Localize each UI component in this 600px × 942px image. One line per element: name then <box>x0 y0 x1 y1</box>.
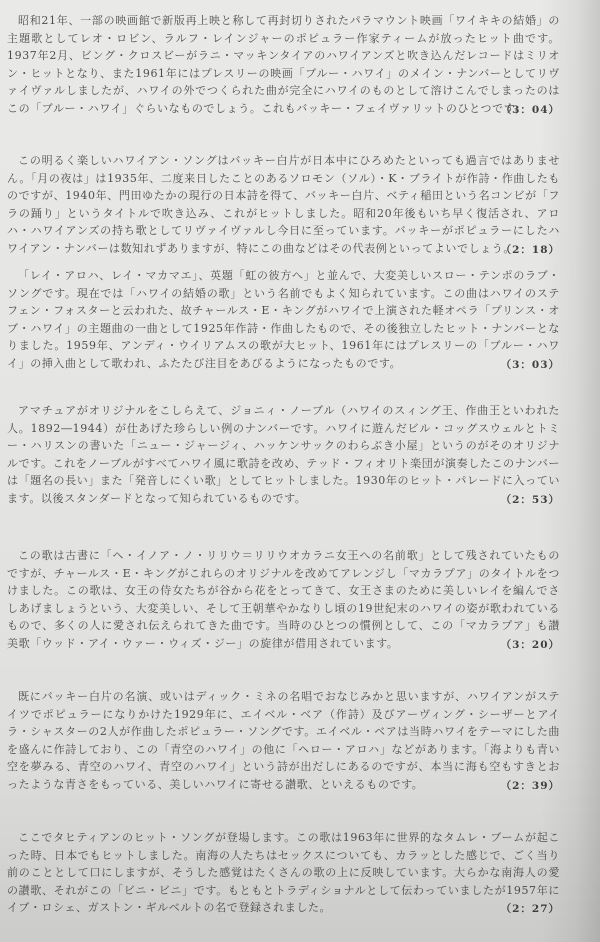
song-entry-3: 「レイ・アロハ、レイ・マカマエ」、英題「虹の彼方へ」と並んで、大変美しいスロー・… <box>7 267 560 373</box>
song-description: 昭和21年、一部の映画館で新版再上映と称して再封切りされたパラマウント映画「ワイ… <box>7 12 560 118</box>
song-entry-5: この歌は古書に「ヘ・イノア・ノ・リリウ＝リリウオカラニ女王への名前歌」として残さ… <box>7 547 560 653</box>
song-entry-2: この明るく楽しいハワイアン・ソングはバッキー白片が日本中にひろめたといっても過言… <box>7 152 560 258</box>
song-description: この明るく楽しいハワイアン・ソングはバッキー白片が日本中にひろめたといっても過言… <box>7 152 560 258</box>
song-entry-7: ここでタヒティアンのヒット・ソングが登場します。この歌は1963年に世界的なタム… <box>7 829 560 917</box>
song-entry-6: 既にバッキー白片の名演、或いはディック・ミネの名唱でおなじみかと思いますが、ハワ… <box>7 688 560 794</box>
song-entry-1: 昭和21年、一部の映画館で新版再上映と称して再封切りされたパラマウント映画「ワイ… <box>7 12 560 118</box>
song-entry-4: アマチュアがオリジナルをこしらえて、ジョニィ・ノーブル（ハワイのスィング王、作曲… <box>7 402 560 508</box>
